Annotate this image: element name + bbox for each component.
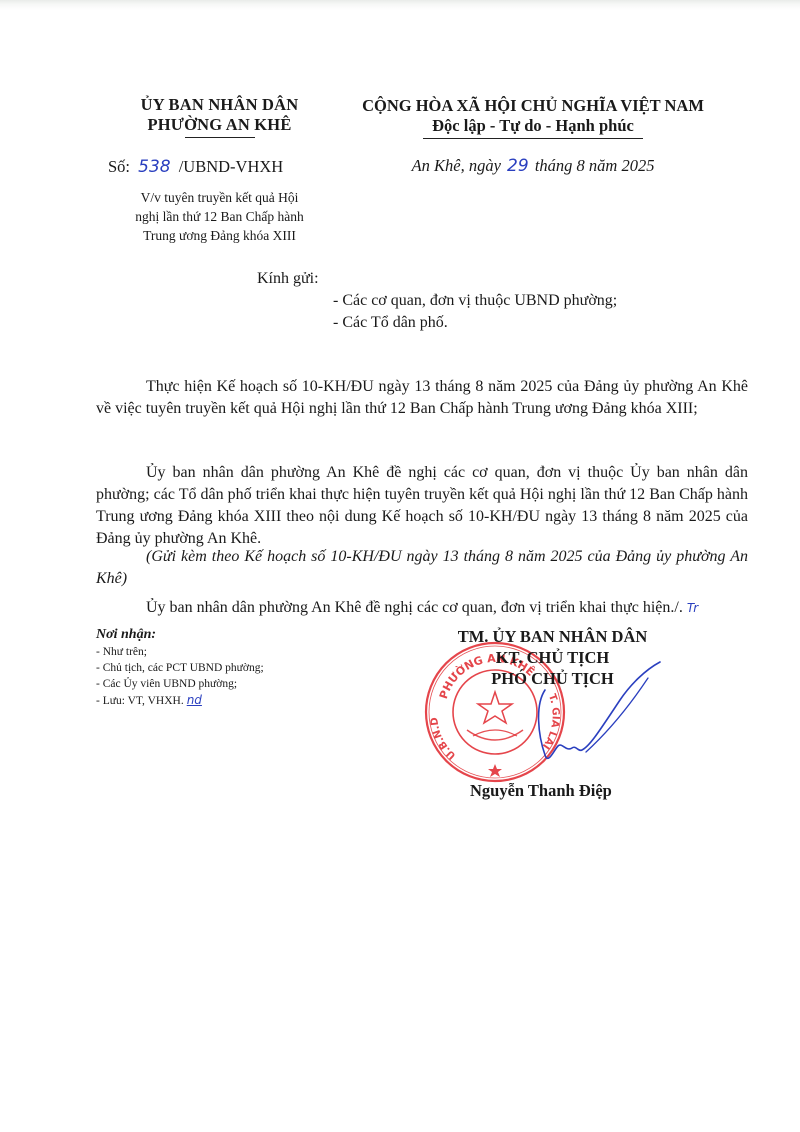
recipients-label: Kính gửi: — [257, 270, 319, 288]
distribution-item: - Các Ủy viên UBND phường; — [96, 676, 356, 692]
motto-underline — [423, 138, 643, 139]
doc-no-suffix: /UBND-VHXH — [179, 157, 284, 176]
distribution-list: Nơi nhận: - Như trên; - Chủ tịch, các PC… — [96, 626, 356, 709]
recipient-item: - Các Tổ dân phố. — [333, 312, 617, 334]
date-day-handwritten: 29 — [507, 156, 529, 176]
scan-edge — [0, 0, 800, 10]
body-paragraph: Ủy ban nhân dân phường An Khê đề nghị cá… — [96, 462, 748, 550]
distribution-title: Nơi nhận: — [96, 626, 356, 644]
subject-line: V/v tuyên truyền kết quả Hội — [92, 188, 347, 207]
distribution-item: - Như trên; — [96, 644, 356, 660]
authority-line-1: ỦY BAN NHÂN DÂN — [92, 95, 347, 115]
closing-text: Ủy ban nhân dân phường An Khê đề nghị cá… — [146, 599, 683, 616]
body-paragraph: Thực hiện Kế hoạch số 10-KH/ĐU ngày 13 t… — [96, 376, 748, 420]
recipients-list: - Các cơ quan, đơn vị thuộc UBND phường;… — [333, 290, 617, 334]
distribution-item: - Lưu: VT, VHXH.nd — [96, 692, 356, 709]
attachment-note: (Gửi kèm theo Kế hoạch số 10-KH/ĐU ngày … — [96, 546, 748, 590]
document-subject: V/v tuyên truyền kết quả Hội nghị lần th… — [92, 188, 347, 245]
signature-line-1: TM. ỦY BAN NHÂN DÂN — [400, 626, 705, 647]
authority-line-2: PHƯỜNG AN KHÊ — [92, 115, 347, 135]
distribution-item: - Chủ tịch, các PCT UBND phường; — [96, 660, 356, 676]
document-number: Số: 538 /UBND-VHXH — [108, 157, 283, 177]
closing-paragraph: Ủy ban nhân dân phường An Khê đề nghị cá… — [96, 597, 748, 619]
issuing-authority: ỦY BAN NHÂN DÂN PHƯỜNG AN KHÊ — [92, 95, 347, 138]
date-prefix: An Khê, ngày — [412, 156, 501, 175]
handwritten-initial: Tr — [687, 601, 698, 615]
national-header: CỘNG HÒA XÃ HỘI CHỦ NGHĨA VIỆT NAM Độc l… — [333, 96, 733, 139]
signer-name: Nguyễn Thanh Điệp — [470, 781, 612, 801]
doc-no-handwritten: 538 — [138, 157, 170, 177]
handwritten-signature-icon — [520, 660, 670, 780]
handwritten-mark: nd — [187, 693, 202, 707]
distribution-item-text: - Lưu: VT, VHXH. — [96, 695, 184, 707]
place-and-date: An Khê, ngày 29 tháng 8 năm 2025 — [333, 156, 733, 176]
doc-no-prefix: Số: — [108, 157, 130, 176]
recipient-item: - Các cơ quan, đơn vị thuộc UBND phường; — [333, 290, 617, 312]
subject-line: nghị lần thứ 12 Ban Chấp hành — [92, 207, 347, 226]
national-motto: Độc lập - Tự do - Hạnh phúc — [333, 116, 733, 136]
nation-title: CỘNG HÒA XÃ HỘI CHỦ NGHĨA VIỆT NAM — [333, 96, 733, 116]
authority-underline — [185, 137, 255, 138]
subject-line: Trung ương Đảng khóa XIII — [92, 226, 347, 245]
date-suffix: tháng 8 năm 2025 — [535, 156, 655, 175]
